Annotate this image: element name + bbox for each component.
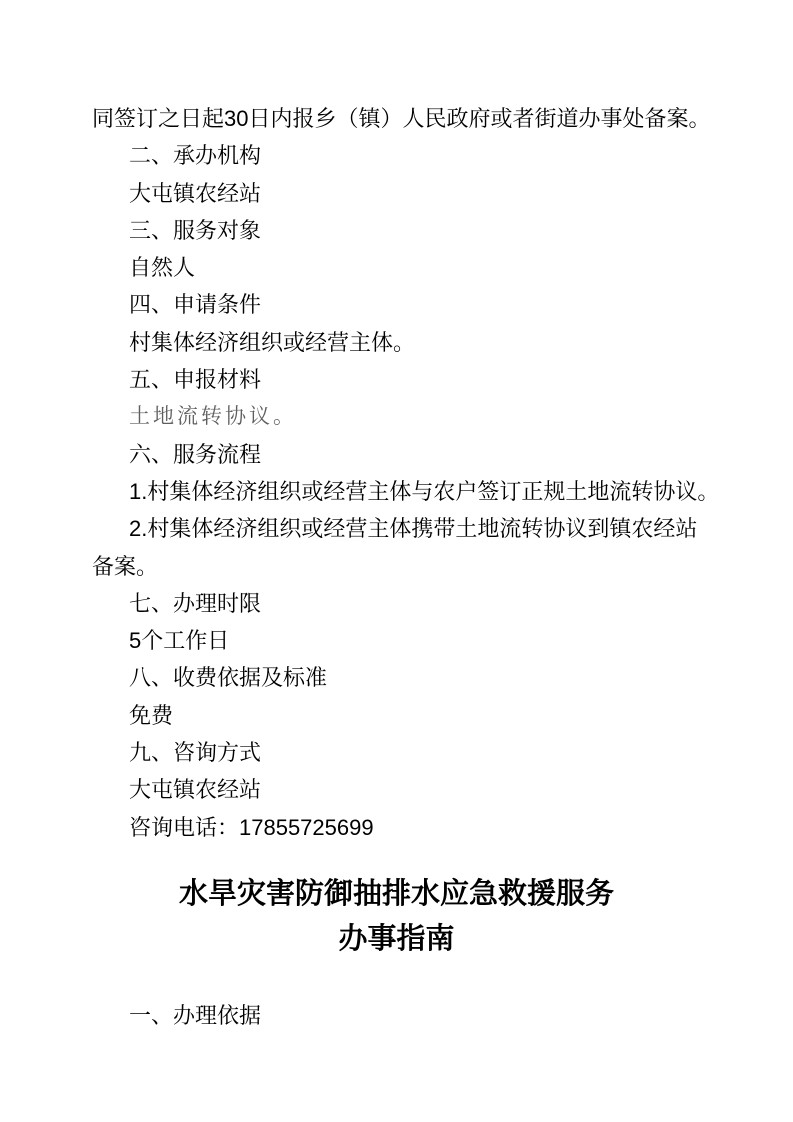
- text-applicant-body: 村集体经济组织或经营主体。: [92, 324, 701, 361]
- document-title: 水旱灾害防御抽排水应急救援服务 办事指南: [92, 872, 701, 962]
- text-land-transfer-agreement: 土地流转协议。: [92, 398, 701, 435]
- heading-undertaking-agency: 二、承办机构: [92, 137, 701, 174]
- heading-application-conditions: 四、申请条件: [92, 286, 701, 323]
- text-process-step-2-continuation: 备案。: [92, 548, 701, 585]
- document-title-line-1: 水旱灾害防御抽排水应急救援服务: [92, 872, 701, 917]
- heading-processing-basis: 一、办理依据: [92, 997, 701, 1034]
- heading-fee-basis-standard: 八、收费依据及标准: [92, 659, 701, 696]
- heading-service-target: 三、服务对象: [92, 212, 701, 249]
- text-consultation-agency: 大屯镇农经站: [92, 771, 701, 808]
- heading-processing-time-limit: 七、办理时限: [92, 585, 701, 622]
- document-title-line-2: 办事指南: [92, 917, 701, 962]
- document-page: 同签订之日起30日内报乡（镇）人民政府或者街道办事处备案。 二、承办机构 大屯镇…: [0, 0, 793, 1122]
- heading-consultation-method: 九、咨询方式: [92, 734, 701, 771]
- text-free-of-charge: 免费: [92, 697, 701, 734]
- text-natural-person: 自然人: [92, 249, 701, 286]
- text-working-days: 5个工作日: [92, 622, 701, 659]
- text-agency-name: 大屯镇农经站: [92, 175, 701, 212]
- text-process-step-1: 1.村集体经济组织或经营主体与农户签订正规土地流转协议。: [92, 473, 701, 510]
- heading-service-process: 六、服务流程: [92, 436, 701, 473]
- text-process-step-2: 2.村集体经济组织或经营主体携带土地流转协议到镇农经站: [92, 510, 701, 547]
- text-consultation-phone: 咨询电话：17855725699: [92, 809, 701, 846]
- paragraph-filing-deadline: 同签订之日起30日内报乡（镇）人民政府或者街道办事处备案。: [92, 100, 701, 137]
- heading-application-materials: 五、申报材料: [92, 361, 701, 398]
